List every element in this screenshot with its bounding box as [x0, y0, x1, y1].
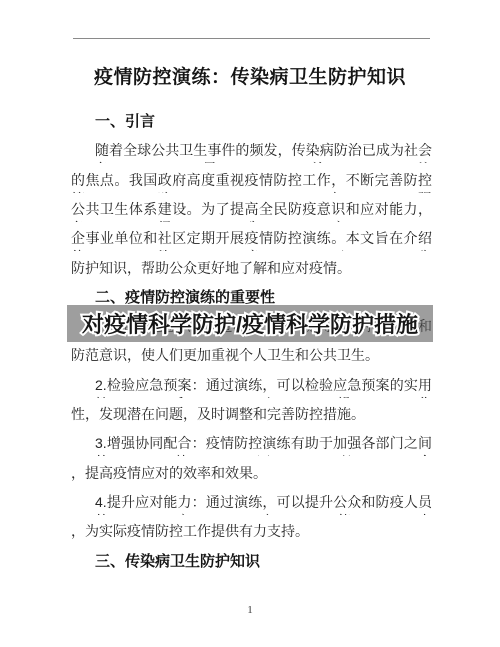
- text-line: 随着全球公共卫生事件的频发，传染病防治已成为社会各界关注: [71, 141, 432, 163]
- text-line: 2.检验应急预案：通过演练，可以检验应急预案的实用性和可操作: [71, 376, 432, 398]
- watermark-text: 对疫情科学防护/疫情科学防护措施: [82, 308, 418, 339]
- header-rule: [73, 38, 430, 39]
- text-line: 防护知识，帮助公众更好地了解和应对疫情。: [71, 259, 432, 281]
- text-line: 性，发现潜在问题，及时调整和完善防控措施。: [71, 405, 432, 427]
- document-title: 疫情防控演练：传染病卫生防护知识: [0, 62, 500, 89]
- text-line: 防范意识，使人们更加重视个人卫生和公共卫生。: [71, 346, 432, 368]
- text-line: 公共卫生体系建设。为了提高全民防疫意识和应对能力，各级政府、: [71, 200, 432, 222]
- section-heading: 一、引言: [95, 112, 432, 134]
- section-heading: 三、传染病卫生防护知识: [95, 552, 432, 574]
- text-line: 4.提升应对能力：通过演练，可以提升公众和防疫人员的应对能力: [71, 493, 432, 515]
- text-line: 的焦点。我国政府高度重视疫情防控工作，不断完善防控策略，加强: [71, 171, 432, 193]
- text-line: ，提高疫情应对的效率和效果。: [71, 464, 432, 486]
- document-page: 疫情防控演练：传染病卫生防护知识 一、引言随着全球公共卫生事件的频发，传染病防治…: [0, 0, 500, 647]
- text-line: 3.增强协同配合：疫情防控演练有助于加强各部门之间的协同配合: [71, 434, 432, 456]
- text-line: 企事业单位和社区定期开展疫情防控演练。本文旨在介绍传染病卫生: [71, 229, 432, 251]
- watermark-banner: 对疫情科学防护/疫情科学防护措施: [67, 305, 433, 342]
- text-line: ，为实际疫情防控工作提供有力支持。: [71, 522, 432, 544]
- page-number: 1: [0, 604, 500, 616]
